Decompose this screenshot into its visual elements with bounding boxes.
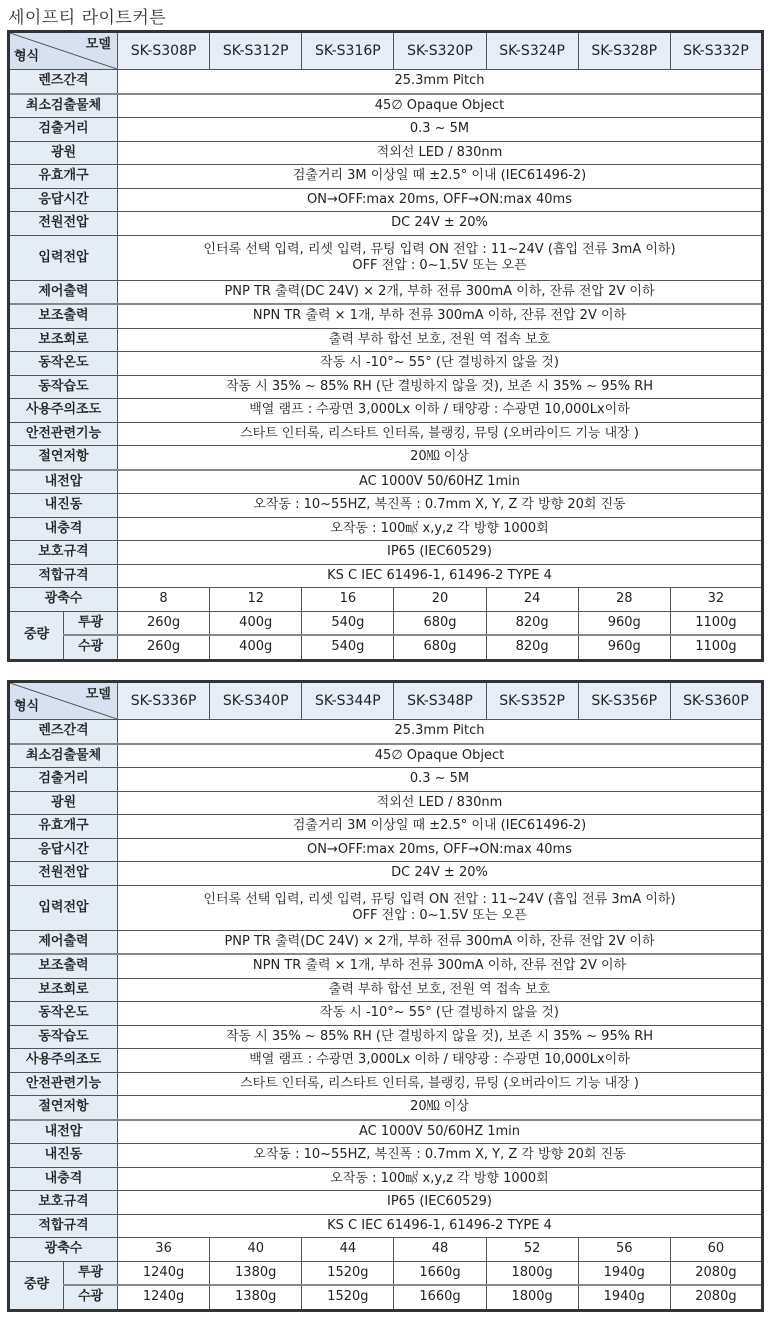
beam-count: 48 bbox=[394, 1238, 486, 1262]
spec-value: 오작동 : 100㎨ x,y,z 각 방향 1000회 bbox=[118, 517, 763, 541]
spec-value: 검출거리 3M 이상일 때 ±2.5° 이내 (IEC61496-2) bbox=[118, 815, 763, 839]
spec-label: 전원전압 bbox=[9, 212, 118, 236]
row-weight-emitter: 중량 투광 260g 400g 540g 680g 820g 960g 1100… bbox=[9, 611, 763, 635]
spec-label: 사용주의조도 bbox=[9, 399, 118, 423]
row-humidity: 동작습도 작동 시 35% ~ 85% RH (단 결빙하지 않을 것), 보존… bbox=[9, 375, 763, 399]
spec-value: 45∅ Opaque Object bbox=[118, 94, 763, 118]
row-min-object: 최소검출물체 45∅ Opaque Object bbox=[9, 744, 763, 768]
spec-value: NPN TR 출력 × 1개, 부하 전류 300mA 이하, 잔류 전압 2V… bbox=[118, 954, 763, 978]
spec-value: 45∅ Opaque Object bbox=[118, 744, 763, 768]
spec-value: 작동 시 -10°~ 55° (단 결빙하지 않을 것) bbox=[118, 352, 763, 376]
row-aux-circuit: 보조회로 출력 부하 합선 보호, 전원 역 접속 보호 bbox=[9, 328, 763, 352]
spec-label: 유효개구 bbox=[9, 165, 118, 189]
emitter-weight: 960g bbox=[578, 611, 670, 635]
input-line-2: OFF 전압 : 0~1.5V 또는 오픈 bbox=[118, 258, 761, 274]
spec-label: 보호규격 bbox=[9, 1191, 118, 1215]
row-control-output: 제어출력 PNP TR 출력(DC 24V) × 2개, 부하 전류 300mA… bbox=[9, 930, 763, 954]
receiver-weight: 2080g bbox=[670, 1285, 762, 1310]
spec-label: 렌즈간격 bbox=[9, 70, 118, 94]
receiver-weight: 1940g bbox=[578, 1285, 670, 1310]
spec-value: 오작동 : 10~55HZ, 복진폭 : 0.7mm X, Y, Z 각 방향 … bbox=[118, 494, 763, 518]
spec-value: 백열 램프 : 수광면 3,000Lx 이하 / 태양광 : 수광면 10,00… bbox=[118, 1049, 763, 1073]
spec-value: 20㏁ 이상 bbox=[118, 1096, 763, 1120]
row-standards: 적합규격 KS C IEC 61496-1, 61496-2 TYPE 4 bbox=[9, 1214, 763, 1238]
spec-label: 동작습도 bbox=[9, 375, 118, 399]
row-safety-functions: 안전관련기능 스타트 인터록, 리스타트 인터록, 블랭킹, 뮤팅 (오버라이드… bbox=[9, 1072, 763, 1096]
model-name: SK-S324P bbox=[486, 32, 578, 70]
receiver-weight: 1660g bbox=[394, 1285, 486, 1310]
row-safety-functions: 안전관련기능 스타트 인터록, 리스타트 인터록, 블랭킹, 뮤팅 (오버라이드… bbox=[9, 422, 763, 446]
row-weight-receiver: 수광 260g 400g 540g 680g 820g 960g 1100g bbox=[9, 635, 763, 660]
page-title: 세이프티 라이트커튼 bbox=[8, 3, 166, 28]
beam-count: 56 bbox=[578, 1238, 670, 1262]
spec-label: 보조출력 bbox=[9, 954, 118, 978]
spec-value: 작동 시 35% ~ 85% RH (단 결빙하지 않을 것), 보존 시 35… bbox=[118, 375, 763, 399]
spec-label: 적합규격 bbox=[9, 1214, 118, 1238]
receiver-weight: 1100g bbox=[670, 635, 762, 660]
spec-label: 중량 bbox=[9, 1261, 64, 1310]
row-aperture: 유효개구 검출거리 3M 이상일 때 ±2.5° 이내 (IEC61496-2) bbox=[9, 165, 763, 189]
spec-label: 광원 bbox=[9, 791, 118, 815]
spec-value: NPN TR 출력 × 1개, 부하 전류 300mA 이하, 잔류 전압 2V… bbox=[118, 304, 763, 328]
spec-value: 작동 시 -10°~ 55° (단 결빙하지 않을 것) bbox=[118, 1002, 763, 1026]
row-vibration: 내진동 오작동 : 10~55HZ, 복진폭 : 0.7mm X, Y, Z 각… bbox=[9, 1144, 763, 1168]
spec-value: 오작동 : 10~55HZ, 복진폭 : 0.7mm X, Y, Z 각 방향 … bbox=[118, 1144, 763, 1168]
emitter-weight: 400g bbox=[210, 611, 302, 635]
row-weight-receiver: 수광 1240g 1380g 1520g 1660g 1800g 1940g 2… bbox=[9, 1285, 763, 1310]
row-temp: 동작온도 작동 시 -10°~ 55° (단 결빙하지 않을 것) bbox=[9, 352, 763, 376]
beam-count: 28 bbox=[578, 588, 670, 612]
corner-cell: 모델 형식 bbox=[9, 32, 118, 70]
spec-value: DC 24V ± 20% bbox=[118, 862, 763, 886]
row-range: 검출거리 0.3 ~ 5M bbox=[9, 118, 763, 142]
row-shock: 내충격 오작동 : 100㎨ x,y,z 각 방향 1000회 bbox=[9, 517, 763, 541]
spec-label: 절연저항 bbox=[9, 1096, 118, 1120]
spec-label: 동작습도 bbox=[9, 1025, 118, 1049]
model-header-label: 모델 bbox=[86, 37, 111, 53]
spec-value: 인터록 선택 입력, 리셋 입력, 뮤팅 입력 ON 전압 : 11~24V (… bbox=[118, 235, 763, 280]
spec-label: 내전압 bbox=[9, 470, 118, 494]
spec-label: 동작온도 bbox=[9, 352, 118, 376]
row-protection: 보호규격 IP65 (IEC60529) bbox=[9, 1191, 763, 1215]
spec-value: IP65 (IEC60529) bbox=[118, 541, 763, 565]
spec-label: 보조회로 bbox=[9, 328, 118, 352]
emitter-weight: 540g bbox=[302, 611, 394, 635]
spec-label: 동작온도 bbox=[9, 1002, 118, 1026]
emitter-weight: 1660g bbox=[394, 1261, 486, 1285]
beam-count: 24 bbox=[486, 588, 578, 612]
model-name: SK-S320P bbox=[394, 32, 486, 70]
spec-value: 스타트 인터록, 리스타트 인터록, 블랭킹, 뮤팅 (오버라이드 기능 내장 … bbox=[118, 1072, 763, 1096]
row-insulation: 절연저항 20㏁ 이상 bbox=[9, 446, 763, 470]
spec-sublabel: 수광 bbox=[64, 1285, 118, 1310]
spec-value: 적외선 LED / 830nm bbox=[118, 791, 763, 815]
model-name: SK-S332P bbox=[670, 32, 762, 70]
row-supply: 전원전압 DC 24V ± 20% bbox=[9, 212, 763, 236]
spec-label: 응답시간 bbox=[9, 838, 118, 862]
spec-label: 내충격 bbox=[9, 517, 118, 541]
beam-count: 12 bbox=[210, 588, 302, 612]
spec-value: 출력 부하 합선 보호, 전원 역 접속 보호 bbox=[118, 978, 763, 1002]
row-response: 응답시간 ON→OFF:max 20ms, OFF→ON:max 40ms bbox=[9, 188, 763, 212]
row-aperture: 유효개구 검출거리 3M 이상일 때 ±2.5° 이내 (IEC61496-2) bbox=[9, 815, 763, 839]
model-name: SK-S344P bbox=[302, 682, 394, 720]
emitter-weight: 1100g bbox=[670, 611, 762, 635]
spec-value: IP65 (IEC60529) bbox=[118, 1191, 763, 1215]
row-input: 입력전압 인터록 선택 입력, 리셋 입력, 뮤팅 입력 ON 전압 : 11~… bbox=[9, 235, 763, 280]
row-control-output: 제어출력 PNP TR 출력(DC 24V) × 2개, 부하 전류 300mA… bbox=[9, 280, 763, 304]
receiver-weight: 1800g bbox=[486, 1285, 578, 1310]
receiver-weight: 260g bbox=[118, 635, 210, 660]
spec-value: AC 1000V 50/60HZ 1min bbox=[118, 470, 763, 494]
spec-label: 유효개구 bbox=[9, 815, 118, 839]
row-aux-output: 보조출력 NPN TR 출력 × 1개, 부하 전류 300mA 이하, 잔류 … bbox=[9, 304, 763, 328]
model-name: SK-S336P bbox=[118, 682, 210, 720]
spec-label: 응답시간 bbox=[9, 188, 118, 212]
header-row: 모델 형식 SK-S308P SK-S312P SK-S316P SK-S320… bbox=[9, 32, 763, 70]
spec-value: 검출거리 3M 이상일 때 ±2.5° 이내 (IEC61496-2) bbox=[118, 165, 763, 189]
beam-count: 32 bbox=[670, 588, 762, 612]
row-standards: 적합규격 KS C IEC 61496-1, 61496-2 TYPE 4 bbox=[9, 564, 763, 588]
row-protection: 보호규격 IP65 (IEC60529) bbox=[9, 541, 763, 565]
spec-value: 0.3 ~ 5M bbox=[118, 118, 763, 142]
emitter-weight: 820g bbox=[486, 611, 578, 635]
spec-value: AC 1000V 50/60HZ 1min bbox=[118, 1120, 763, 1144]
row-temp: 동작온도 작동 시 -10°~ 55° (단 결빙하지 않을 것) bbox=[9, 1002, 763, 1026]
spec-label: 적합규격 bbox=[9, 564, 118, 588]
spec-label: 중량 bbox=[9, 611, 64, 660]
row-dielectric: 내전압 AC 1000V 50/60HZ 1min bbox=[9, 470, 763, 494]
model-name: SK-S308P bbox=[118, 32, 210, 70]
spec-label: 내진동 bbox=[9, 494, 118, 518]
spec-label: 최소검출물체 bbox=[9, 744, 118, 768]
input-line-2: OFF 전압 : 0~1.5V 또는 오픈 bbox=[118, 908, 761, 924]
spec-value: 25.3mm Pitch bbox=[118, 720, 763, 744]
spec-label: 보조회로 bbox=[9, 978, 118, 1002]
row-min-object: 최소검출물체 45∅ Opaque Object bbox=[9, 94, 763, 118]
spec-sublabel: 투광 bbox=[64, 611, 118, 635]
type-header-label: 형식 bbox=[14, 49, 39, 65]
spec-label: 절연저항 bbox=[9, 446, 118, 470]
spec-label: 안전관련기능 bbox=[9, 422, 118, 446]
spec-value: 적외선 LED / 830nm bbox=[118, 141, 763, 165]
row-insulation: 절연저항 20㏁ 이상 bbox=[9, 1096, 763, 1120]
spec-value: 인터록 선택 입력, 리셋 입력, 뮤팅 입력 ON 전압 : 11~24V (… bbox=[118, 885, 763, 930]
row-beams: 광축수 8 12 16 20 24 28 32 bbox=[9, 588, 763, 612]
emitter-weight: 1240g bbox=[118, 1261, 210, 1285]
model-name: SK-S340P bbox=[210, 682, 302, 720]
row-light-source: 광원 적외선 LED / 830nm bbox=[9, 141, 763, 165]
type-header-label: 형식 bbox=[14, 699, 39, 715]
spec-label: 검출거리 bbox=[9, 118, 118, 142]
row-shock: 내충격 오작동 : 100㎨ x,y,z 각 방향 1000회 bbox=[9, 1167, 763, 1191]
spec-label: 제어출력 bbox=[9, 930, 118, 954]
row-vibration: 내진동 오작동 : 10~55HZ, 복진폭 : 0.7mm X, Y, Z 각… bbox=[9, 494, 763, 518]
spec-label: 제어출력 bbox=[9, 280, 118, 304]
spec-label: 내전압 bbox=[9, 1120, 118, 1144]
spec-value: 25.3mm Pitch bbox=[118, 70, 763, 94]
spec-table-2: 모델 형식 SK-S336P SK-S340P SK-S344P SK-S348… bbox=[7, 680, 764, 1312]
receiver-weight: 820g bbox=[486, 635, 578, 660]
spec-value: KS C IEC 61496-1, 61496-2 TYPE 4 bbox=[118, 564, 763, 588]
model-name: SK-S312P bbox=[210, 32, 302, 70]
row-lens-pitch: 렌즈간격 25.3mm Pitch bbox=[9, 70, 763, 94]
spec-label: 광축수 bbox=[9, 1238, 118, 1262]
header-row: 모델 형식 SK-S336P SK-S340P SK-S344P SK-S348… bbox=[9, 682, 763, 720]
model-name: SK-S316P bbox=[302, 32, 394, 70]
emitter-weight: 1380g bbox=[210, 1261, 302, 1285]
spec-value: 스타트 인터록, 리스타트 인터록, 블랭킹, 뮤팅 (오버라이드 기능 내장 … bbox=[118, 422, 763, 446]
beam-count: 20 bbox=[394, 588, 486, 612]
spec-value: DC 24V ± 20% bbox=[118, 212, 763, 236]
receiver-weight: 400g bbox=[210, 635, 302, 660]
beam-count: 52 bbox=[486, 1238, 578, 1262]
model-name: SK-S352P bbox=[486, 682, 578, 720]
model-name: SK-S348P bbox=[394, 682, 486, 720]
row-light-source: 광원 적외선 LED / 830nm bbox=[9, 791, 763, 815]
row-dielectric: 내전압 AC 1000V 50/60HZ 1min bbox=[9, 1120, 763, 1144]
beam-count: 60 bbox=[670, 1238, 762, 1262]
beam-count: 16 bbox=[302, 588, 394, 612]
beam-count: 40 bbox=[210, 1238, 302, 1262]
receiver-weight: 540g bbox=[302, 635, 394, 660]
spec-label: 광원 bbox=[9, 141, 118, 165]
model-name: SK-S356P bbox=[578, 682, 670, 720]
spec-sublabel: 투광 bbox=[64, 1261, 118, 1285]
input-line-1: 인터록 선택 입력, 리셋 입력, 뮤팅 입력 ON 전압 : 11~24V (… bbox=[118, 892, 761, 908]
spec-label: 보조출력 bbox=[9, 304, 118, 328]
spec-label: 전원전압 bbox=[9, 862, 118, 886]
beam-count: 36 bbox=[118, 1238, 210, 1262]
spec-label: 사용주의조도 bbox=[9, 1049, 118, 1073]
row-aux-output: 보조출력 NPN TR 출력 × 1개, 부하 전류 300mA 이하, 잔류 … bbox=[9, 954, 763, 978]
row-supply: 전원전압 DC 24V ± 20% bbox=[9, 862, 763, 886]
receiver-weight: 680g bbox=[394, 635, 486, 660]
receiver-weight: 960g bbox=[578, 635, 670, 660]
spec-label: 내충격 bbox=[9, 1167, 118, 1191]
spec-label: 입력전압 bbox=[9, 235, 118, 280]
emitter-weight: 1520g bbox=[302, 1261, 394, 1285]
spec-label: 안전관련기능 bbox=[9, 1072, 118, 1096]
spec-label: 광축수 bbox=[9, 588, 118, 612]
spec-label: 보호규격 bbox=[9, 541, 118, 565]
row-ambient-light: 사용주의조도 백열 램프 : 수광면 3,000Lx 이하 / 태양광 : 수광… bbox=[9, 399, 763, 423]
spec-value: PNP TR 출력(DC 24V) × 2개, 부하 전류 300mA 이하, … bbox=[118, 280, 763, 304]
spec-value: 작동 시 35% ~ 85% RH (단 결빙하지 않을 것), 보존 시 35… bbox=[118, 1025, 763, 1049]
model-header-label: 모델 bbox=[86, 687, 111, 703]
receiver-weight: 1520g bbox=[302, 1285, 394, 1310]
spec-label: 내진동 bbox=[9, 1144, 118, 1168]
model-name: SK-S360P bbox=[670, 682, 762, 720]
row-humidity: 동작습도 작동 시 35% ~ 85% RH (단 결빙하지 않을 것), 보존… bbox=[9, 1025, 763, 1049]
spec-value: KS C IEC 61496-1, 61496-2 TYPE 4 bbox=[118, 1214, 763, 1238]
spec-value: 20㏁ 이상 bbox=[118, 446, 763, 470]
row-lens-pitch: 렌즈간격 25.3mm Pitch bbox=[9, 720, 763, 744]
spec-value: PNP TR 출력(DC 24V) × 2개, 부하 전류 300mA 이하, … bbox=[118, 930, 763, 954]
row-ambient-light: 사용주의조도 백열 램프 : 수광면 3,000Lx 이하 / 태양광 : 수광… bbox=[9, 1049, 763, 1073]
emitter-weight: 680g bbox=[394, 611, 486, 635]
beam-count: 44 bbox=[302, 1238, 394, 1262]
input-line-1: 인터록 선택 입력, 리셋 입력, 뮤팅 입력 ON 전압 : 11~24V (… bbox=[118, 242, 761, 258]
spec-value: 0.3 ~ 5M bbox=[118, 768, 763, 792]
spec-value: ON→OFF:max 20ms, OFF→ON:max 40ms bbox=[118, 838, 763, 862]
spec-table-1: 모델 형식 SK-S308P SK-S312P SK-S316P SK-S320… bbox=[7, 30, 764, 662]
spec-value: 오작동 : 100㎨ x,y,z 각 방향 1000회 bbox=[118, 1167, 763, 1191]
row-range: 검출거리 0.3 ~ 5M bbox=[9, 768, 763, 792]
row-response: 응답시간 ON→OFF:max 20ms, OFF→ON:max 40ms bbox=[9, 838, 763, 862]
spec-value: 출력 부하 합선 보호, 전원 역 접속 보호 bbox=[118, 328, 763, 352]
emitter-weight: 1800g bbox=[486, 1261, 578, 1285]
spec-label: 렌즈간격 bbox=[9, 720, 118, 744]
row-weight-emitter: 중량 투광 1240g 1380g 1520g 1660g 1800g 1940… bbox=[9, 1261, 763, 1285]
receiver-weight: 1380g bbox=[210, 1285, 302, 1310]
spec-label: 최소검출물체 bbox=[9, 94, 118, 118]
beam-count: 8 bbox=[118, 588, 210, 612]
model-name: SK-S328P bbox=[578, 32, 670, 70]
row-input: 입력전압 인터록 선택 입력, 리셋 입력, 뮤팅 입력 ON 전압 : 11~… bbox=[9, 885, 763, 930]
receiver-weight: 1240g bbox=[118, 1285, 210, 1310]
spec-value: ON→OFF:max 20ms, OFF→ON:max 40ms bbox=[118, 188, 763, 212]
corner-cell: 모델 형식 bbox=[9, 682, 118, 720]
emitter-weight: 260g bbox=[118, 611, 210, 635]
emitter-weight: 1940g bbox=[578, 1261, 670, 1285]
row-beams: 광축수 36 40 44 48 52 56 60 bbox=[9, 1238, 763, 1262]
spec-label: 입력전압 bbox=[9, 885, 118, 930]
spec-sublabel: 수광 bbox=[64, 635, 118, 660]
spec-value: 백열 램프 : 수광면 3,000Lx 이하 / 태양광 : 수광면 10,00… bbox=[118, 399, 763, 423]
spec-label: 검출거리 bbox=[9, 768, 118, 792]
row-aux-circuit: 보조회로 출력 부하 합선 보호, 전원 역 접속 보호 bbox=[9, 978, 763, 1002]
emitter-weight: 2080g bbox=[670, 1261, 762, 1285]
